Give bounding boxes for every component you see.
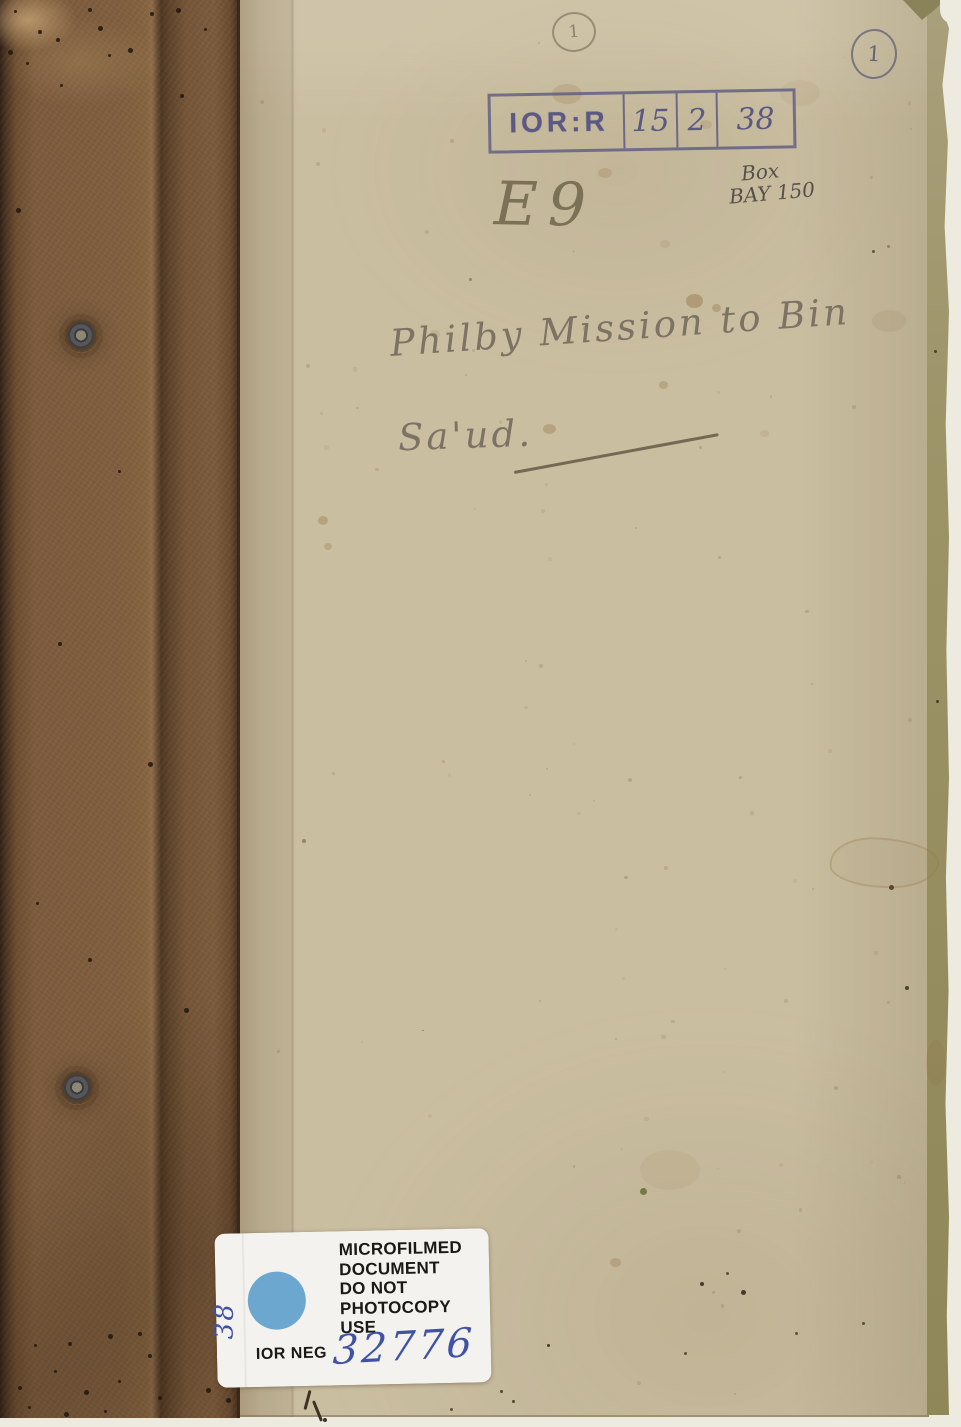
leather-spine (0, 0, 240, 1418)
ink-squiggle (323, 1418, 327, 1422)
folio-number-text: 1 (568, 22, 581, 43)
stamp-cell-file: 38 (716, 91, 794, 146)
microfilm-sticker: 38 IOR NEG MICROFILMED DOCUMENT DO NOT P… (214, 1228, 491, 1388)
blue-dot-icon (247, 1271, 306, 1330)
rivet-grommet-bottom (60, 1071, 94, 1105)
sticker-side-number: 38 (210, 1302, 241, 1340)
scanned-file-cover: 1 1 IOR:R 15 2 38 E9 Box BAY 150 Philby … (0, 0, 961, 1427)
torn-right-edge (927, 0, 949, 1415)
folio-number-text: 1 (866, 42, 881, 67)
stamp-cell-series: 2 (676, 93, 717, 148)
rivet-grommet-top (64, 319, 98, 353)
warning-line: PHOTOCOPY (340, 1296, 464, 1318)
handwritten-shelfmark: E9 (493, 169, 596, 241)
ior-neg-label: IOR NEG (256, 1345, 327, 1364)
box-location-note: Box BAY 150 (726, 156, 816, 207)
warning-line: DO NOT (339, 1277, 463, 1299)
stamp-cell-volume: 15 (623, 93, 677, 148)
stamp-prefix: IOR:R (491, 94, 624, 150)
warning-line: MICROFILMED (339, 1238, 463, 1260)
negative-number-handwritten: 32776 (332, 1320, 476, 1374)
warning-line: DOCUMENT (339, 1257, 463, 1279)
handwritten-title-line2: Sa'ud. (397, 412, 533, 460)
shelfmark-stamp: IOR:R 15 2 38 (487, 88, 796, 153)
